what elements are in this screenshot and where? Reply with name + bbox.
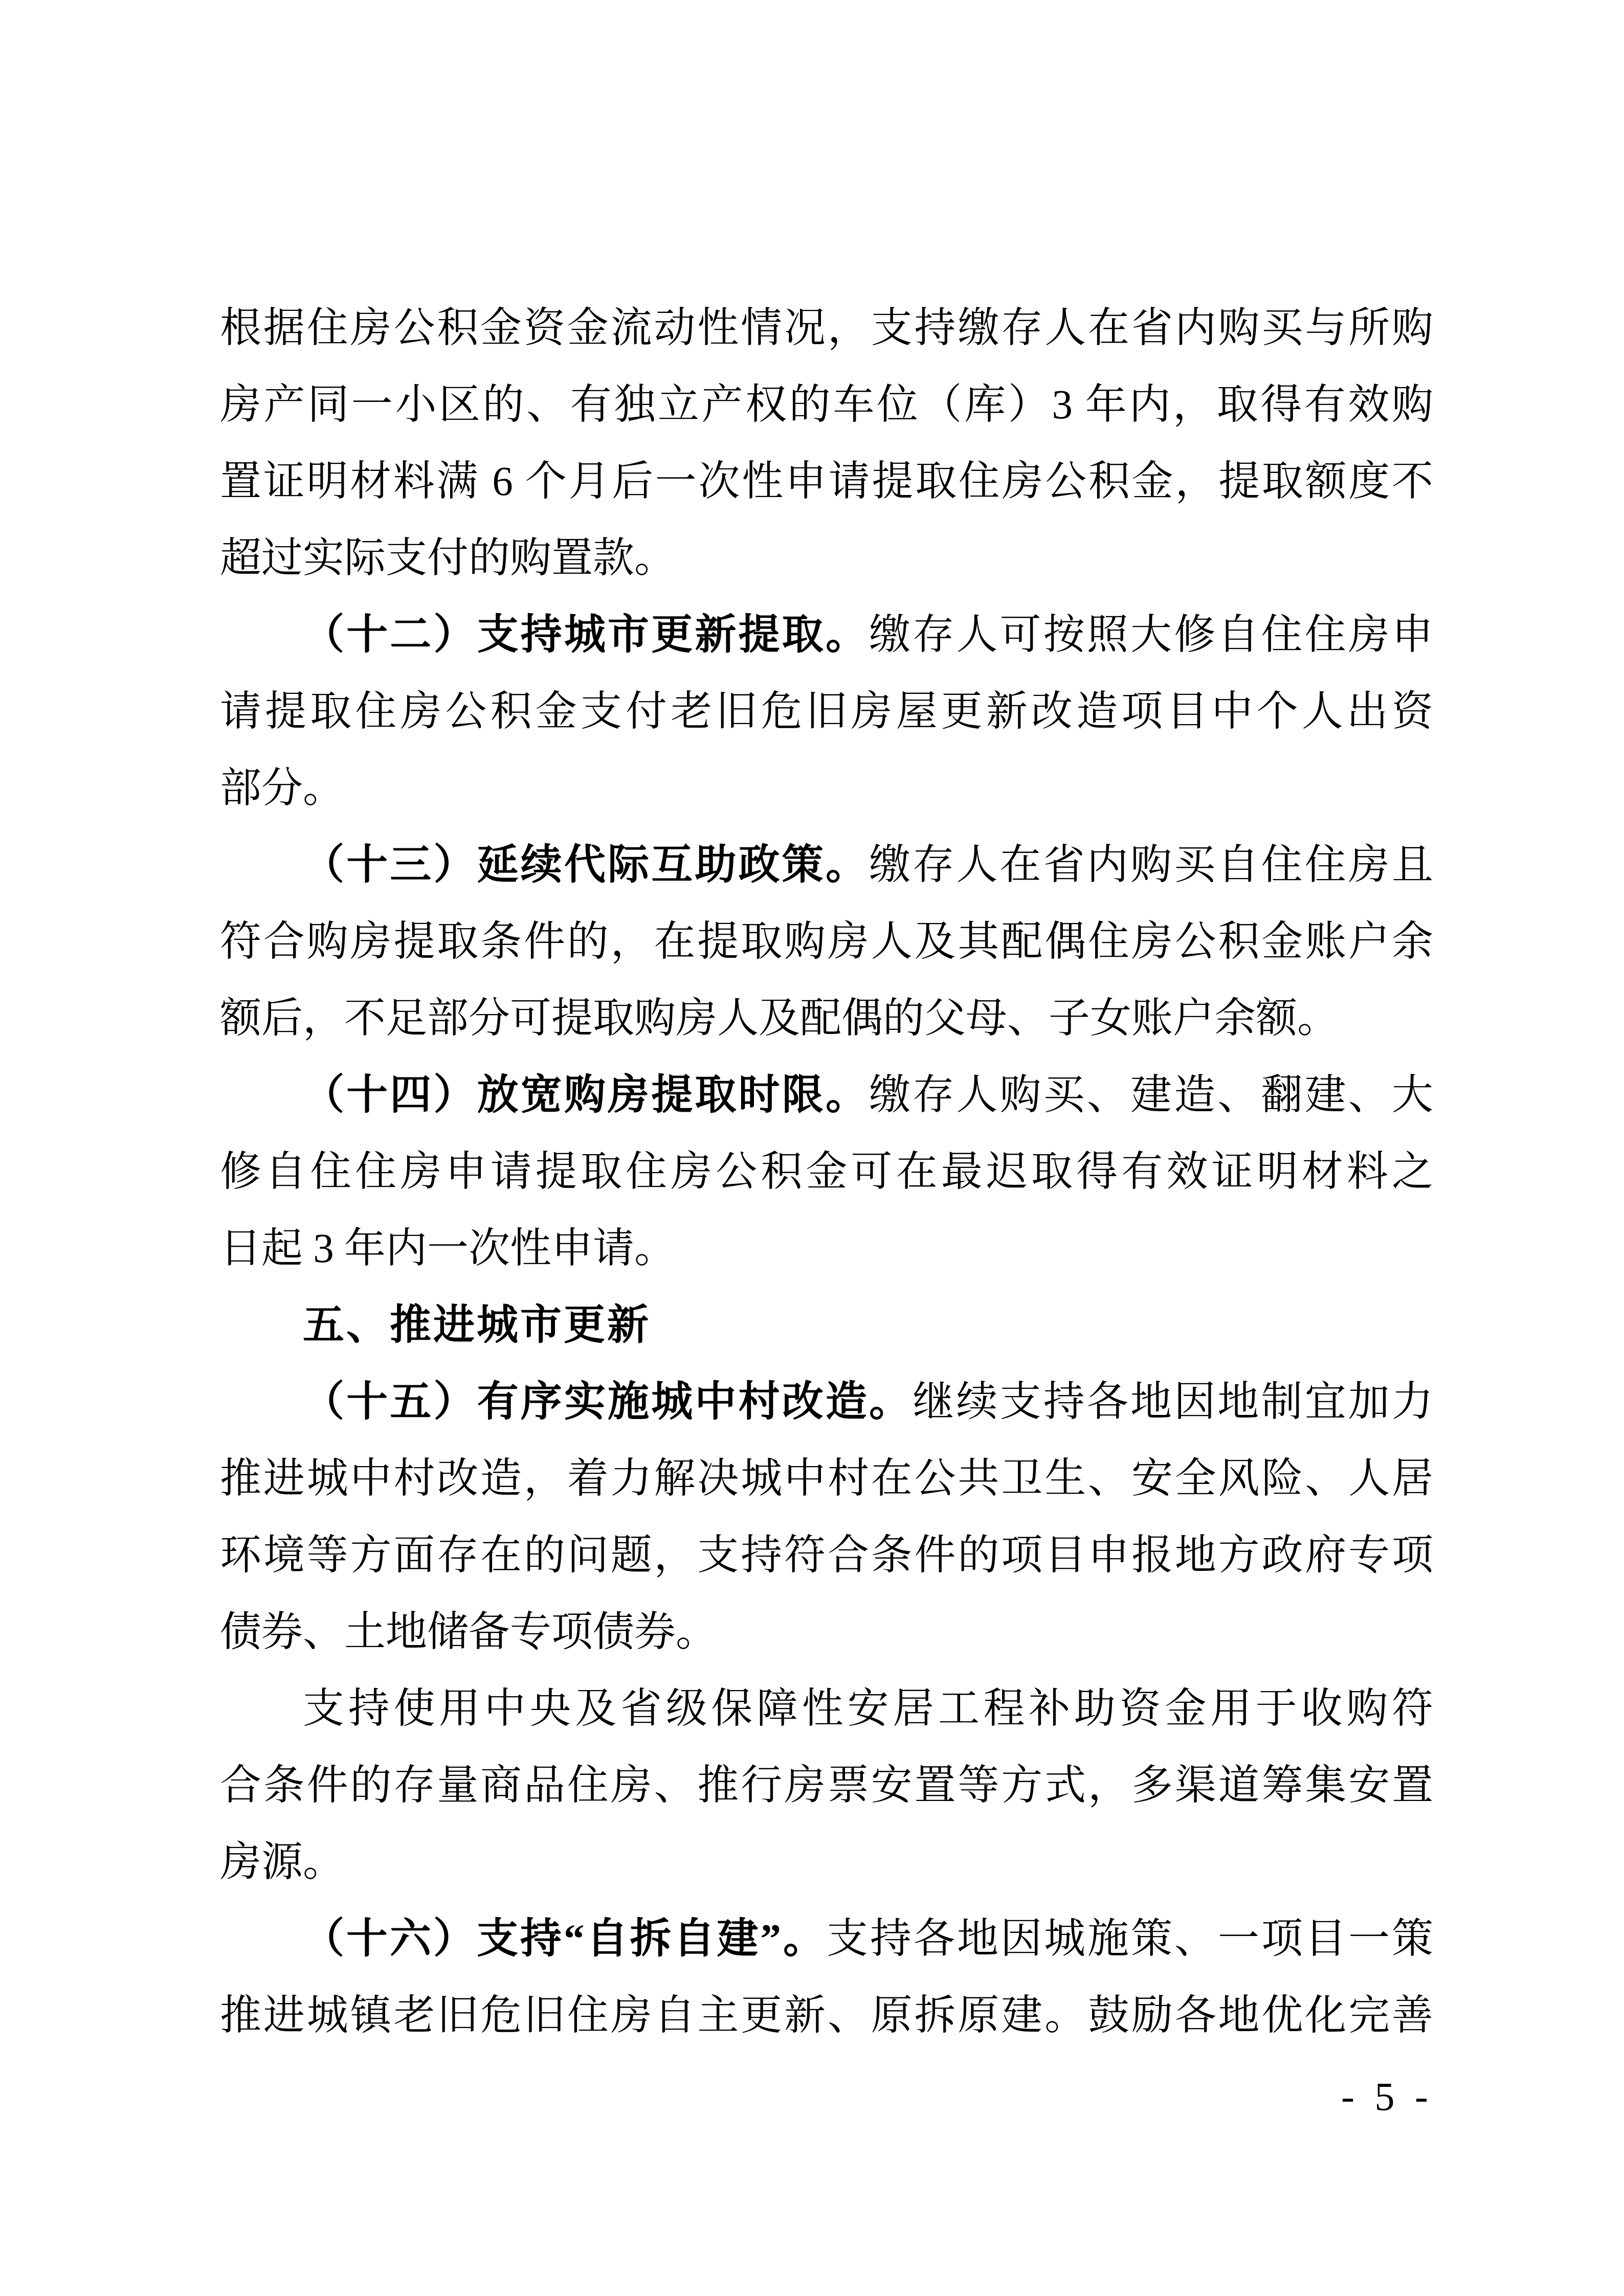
document-line: 推进城镇老旧危旧住房自主更新、原拆原建。鼓励各地优化完善 xyxy=(220,1977,1433,2054)
paragraph-item-15-sub: 支持使用中央及省级保障性安居工程补助资金用于收购符 合条件的存量商品住房、推行房… xyxy=(220,1670,1433,1900)
document-line: 部分。 xyxy=(220,750,1433,826)
paragraph-item-13: （十三）延续代际互助政策。缴存人在省内购买自住住房且 符合购房提取条件的，在提取… xyxy=(220,826,1433,1056)
document-line: 请提取住房公积金支付老旧危旧房屋更新改造项目中个人出资 xyxy=(220,673,1433,750)
document-page: 根据住房公积金资金流动性情况，支持缴存人在省内购买与所购 房产同一小区的、有独立… xyxy=(0,0,1624,2296)
document-line: 日起 3 年内一次性申请。 xyxy=(220,1210,1433,1287)
paragraph-continuation: 根据住房公积金资金流动性情况，支持缴存人在省内购买与所购 房产同一小区的、有独立… xyxy=(220,289,1433,596)
document-line: （十三）延续代际互助政策。缴存人在省内购买自住住房且 xyxy=(220,826,1433,903)
item-14-run-in-heading: （十四）放宽购房提取时限。 xyxy=(303,1072,869,1118)
document-line: 置证明材料满 6 个月后一次性申请提取住房公积金，提取额度不 xyxy=(220,443,1433,520)
item-15-run-in-heading: （十五）有序实施城中村改造。 xyxy=(303,1379,913,1425)
item-16-text: 支持各地因城施策、一项目一策 xyxy=(827,1916,1433,1962)
item-16-run-in-heading: （十六）支持“自拆自建”。 xyxy=(303,1916,827,1962)
document-line: （十五）有序实施城中村改造。继续支持各地因地制宜加力 xyxy=(220,1363,1433,1440)
document-line: 根据住房公积金资金流动性情况，支持缴存人在省内购买与所购 xyxy=(220,289,1433,366)
paragraph-item-16: （十六）支持“自拆自建”。支持各地因城施策、一项目一策 推进城镇老旧危旧住房自主… xyxy=(220,1900,1433,2054)
item-12-run-in-heading: （十二）支持城市更新提取。 xyxy=(303,612,869,658)
page-number: - 5 - xyxy=(1341,2066,1433,2127)
document-line: 合条件的存量商品住房、推行房票安置等方式，多渠道筹集安置 xyxy=(220,1747,1433,1824)
document-line: 额后，不足部分可提取购房人及配偶的父母、子女账户余额。 xyxy=(220,980,1433,1056)
document-line: 环境等方面存在的问题，支持符合条件的项目申报地方政府专项 xyxy=(220,1517,1433,1593)
document-line: （十四）放宽购房提取时限。缴存人购买、建造、翻建、大 xyxy=(220,1056,1433,1133)
paragraph-item-14: （十四）放宽购房提取时限。缴存人购买、建造、翻建、大 修自住住房申请提取住房公积… xyxy=(220,1056,1433,1287)
item-14-text: 缴存人购买、建造、翻建、大 xyxy=(869,1072,1433,1118)
document-line: （十六）支持“自拆自建”。支持各地因城施策、一项目一策 xyxy=(220,1900,1433,1977)
item-15-text: 继续支持各地因地制宜加力 xyxy=(913,1379,1433,1425)
document-line: 符合购房提取条件的，在提取购房人及其配偶住房公积金账户余 xyxy=(220,903,1433,980)
item-13-run-in-heading: （十三）延续代际互助政策。 xyxy=(303,842,869,888)
document-body: 根据住房公积金资金流动性情况，支持缴存人在省内购买与所购 房产同一小区的、有独立… xyxy=(220,289,1433,2054)
paragraph-item-15: （十五）有序实施城中村改造。继续支持各地因地制宜加力 推进城中村改造，着力解决城… xyxy=(220,1363,1433,1670)
document-line: 推进城中村改造，着力解决城中村在公共卫生、安全风险、人居 xyxy=(220,1440,1433,1517)
document-line: 超过实际支付的购置款。 xyxy=(220,520,1433,596)
section-5-heading: 五、推进城市更新 xyxy=(220,1287,1433,1363)
document-line: 房产同一小区的、有独立产权的车位（库）3 年内，取得有效购 xyxy=(220,366,1433,443)
document-line: （十二）支持城市更新提取。缴存人可按照大修自住住房申 xyxy=(220,596,1433,673)
document-line: 支持使用中央及省级保障性安居工程补助资金用于收购符 xyxy=(220,1670,1433,1747)
item-12-text: 缴存人可按照大修自住住房申 xyxy=(869,612,1433,658)
paragraph-item-12: （十二）支持城市更新提取。缴存人可按照大修自住住房申 请提取住房公积金支付老旧危… xyxy=(220,596,1433,826)
document-line: 房源。 xyxy=(220,1824,1433,1900)
document-line: 债券、土地储备专项债券。 xyxy=(220,1593,1433,1670)
item-13-text: 缴存人在省内购买自住住房且 xyxy=(869,842,1433,888)
document-line: 修自住住房申请提取住房公积金可在最迟取得有效证明材料之 xyxy=(220,1133,1433,1210)
